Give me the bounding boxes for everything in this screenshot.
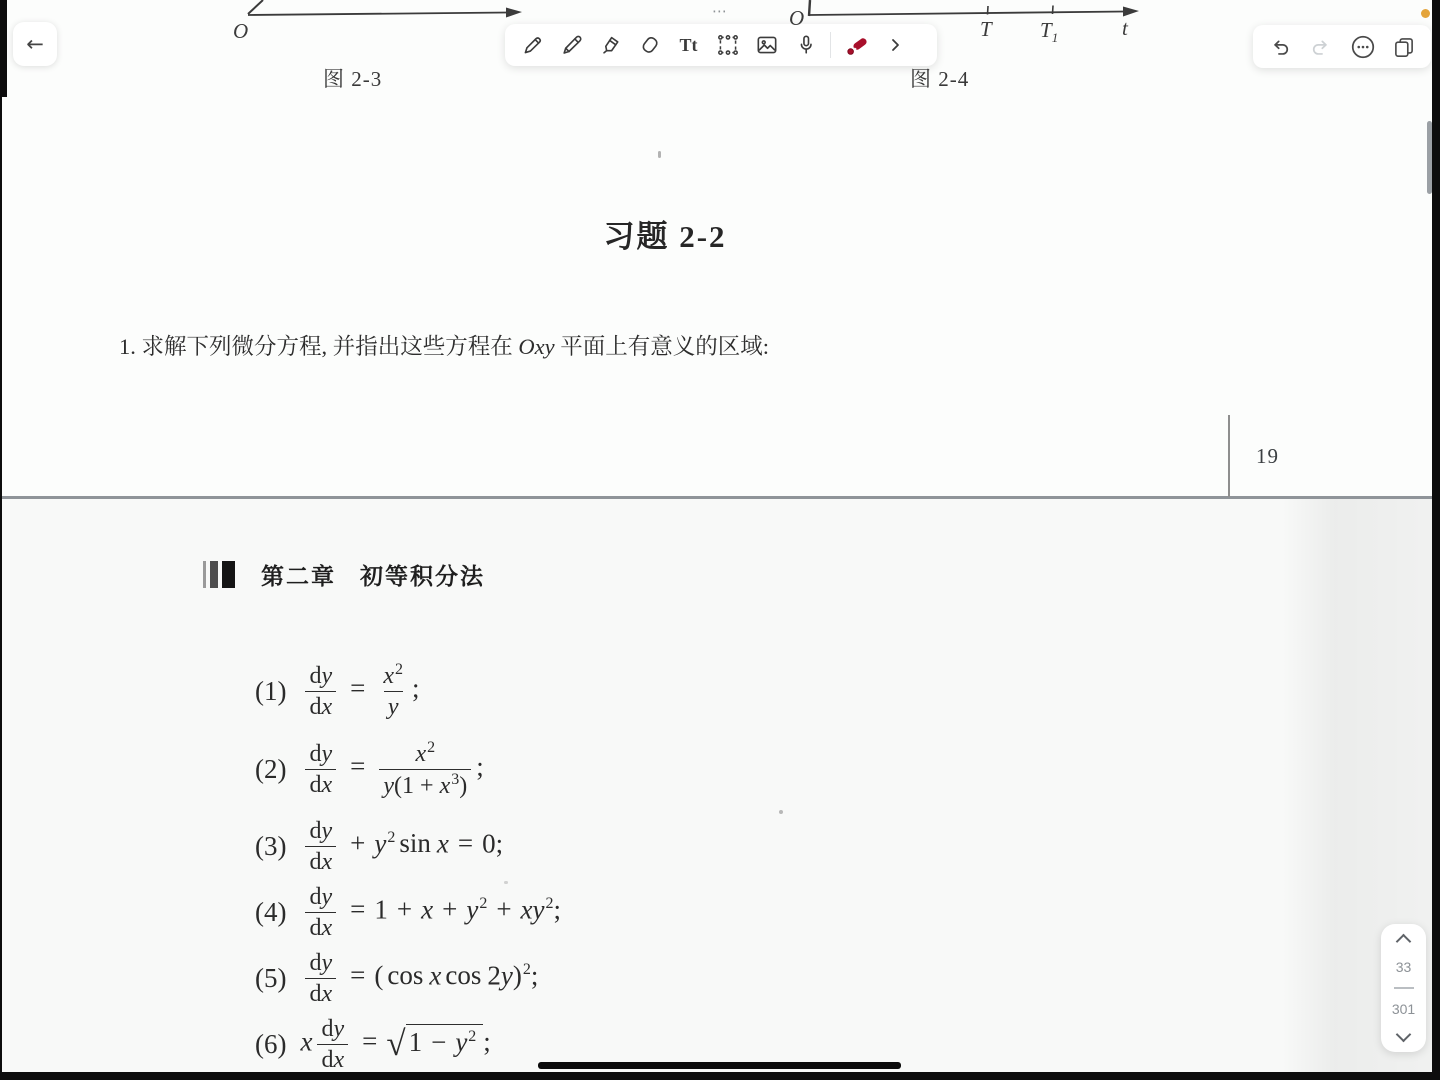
page-down-chevron-icon[interactable] [1396, 1027, 1412, 1043]
lasso-select-tool-icon[interactable] [708, 27, 747, 63]
scan-speck [658, 151, 661, 158]
more-options-icon[interactable] [1343, 29, 1382, 65]
recording-indicator-dot [1421, 9, 1430, 18]
figure-2-4-origin-label: O [789, 6, 804, 31]
scan-speck [779, 810, 783, 814]
redo-icon[interactable] [1302, 29, 1341, 65]
chapter-number: 第二章 [261, 558, 336, 591]
page-nav-divider [1394, 987, 1414, 989]
history-toolbar [1253, 25, 1431, 68]
page-up-chevron-icon[interactable] [1396, 934, 1412, 950]
current-page-indicator: 33 [1396, 960, 1412, 974]
figure-2-3-caption: 图 2-3 [323, 63, 382, 93]
screen-edge-left-notch [0, 0, 7, 97]
figure-2-3-origin-label: O [233, 19, 248, 44]
laser-pen-tool-icon-active[interactable] [836, 27, 875, 63]
figure-2-4-caption: 图 2-4 [910, 63, 969, 93]
screen-edge-bottom [0, 1072, 1440, 1080]
equation-row-6: (6)xdydx=√1−y2; [255, 1004, 491, 1080]
chapter-title: 初等积分法 [360, 558, 485, 591]
text-tool-icon[interactable]: Tt [669, 27, 708, 63]
insert-image-tool-icon[interactable] [747, 27, 786, 63]
toolbar-divider [830, 32, 831, 58]
eraser-tool-icon[interactable] [630, 27, 669, 63]
problem-statement: 1. 求解下列微分方程, 并指出这些方程在 Oxy 平面上有意义的区域: [119, 329, 979, 361]
equation-row-2: (2)dydx=x2y(1 + x3); [255, 729, 484, 809]
page-navigator: 33 301 [1381, 924, 1426, 1052]
chapter-header: 第二章 初等积分法 [203, 558, 485, 591]
axis-label-t: t [1122, 16, 1128, 41]
page-copies-icon[interactable] [1385, 29, 1424, 65]
equation-row-1: (1)dydx=x2y; [255, 651, 420, 731]
page-separator-line [0, 496, 1432, 499]
highlighter-tool-icon[interactable] [591, 27, 630, 63]
screen-edge-left [0, 0, 2, 1080]
undo-icon[interactable] [1260, 29, 1299, 65]
microphone-tool-icon[interactable] [786, 27, 825, 63]
total-pages-indicator: 301 [1392, 1002, 1415, 1016]
figure-2-3-axes [230, 0, 530, 40]
expand-toolbar-chevron-icon[interactable] [875, 27, 914, 63]
margin-vertical-line [1228, 415, 1230, 497]
pencil-tool-icon[interactable] [552, 27, 591, 63]
toolbar-drag-handle[interactable]: ⋯ [703, 2, 737, 20]
scan-speck [504, 881, 508, 884]
ink-stroke-underline [538, 1062, 901, 1069]
printed-page-number: 19 [1256, 444, 1279, 469]
tick-label-T1: T1 [1040, 18, 1058, 46]
exercise-section-title: 习题 2-2 [540, 211, 790, 256]
pdf-annotator-screen: O 图 2-3 O T T1 t 图 2-4 习题 2-2 1. 求解下列微分方… [0, 0, 1440, 1080]
back-arrow-icon: ← [26, 32, 44, 56]
screen-edge-right [1432, 0, 1440, 1080]
pen-tool-icon[interactable] [513, 27, 552, 63]
problem-var-oxy: Oxy [518, 334, 554, 359]
chapter-marker-icon [203, 561, 235, 588]
tick-label-T: T [980, 17, 992, 42]
back-button[interactable]: ← [13, 22, 57, 66]
annotation-toolbar: Tt [505, 24, 937, 66]
